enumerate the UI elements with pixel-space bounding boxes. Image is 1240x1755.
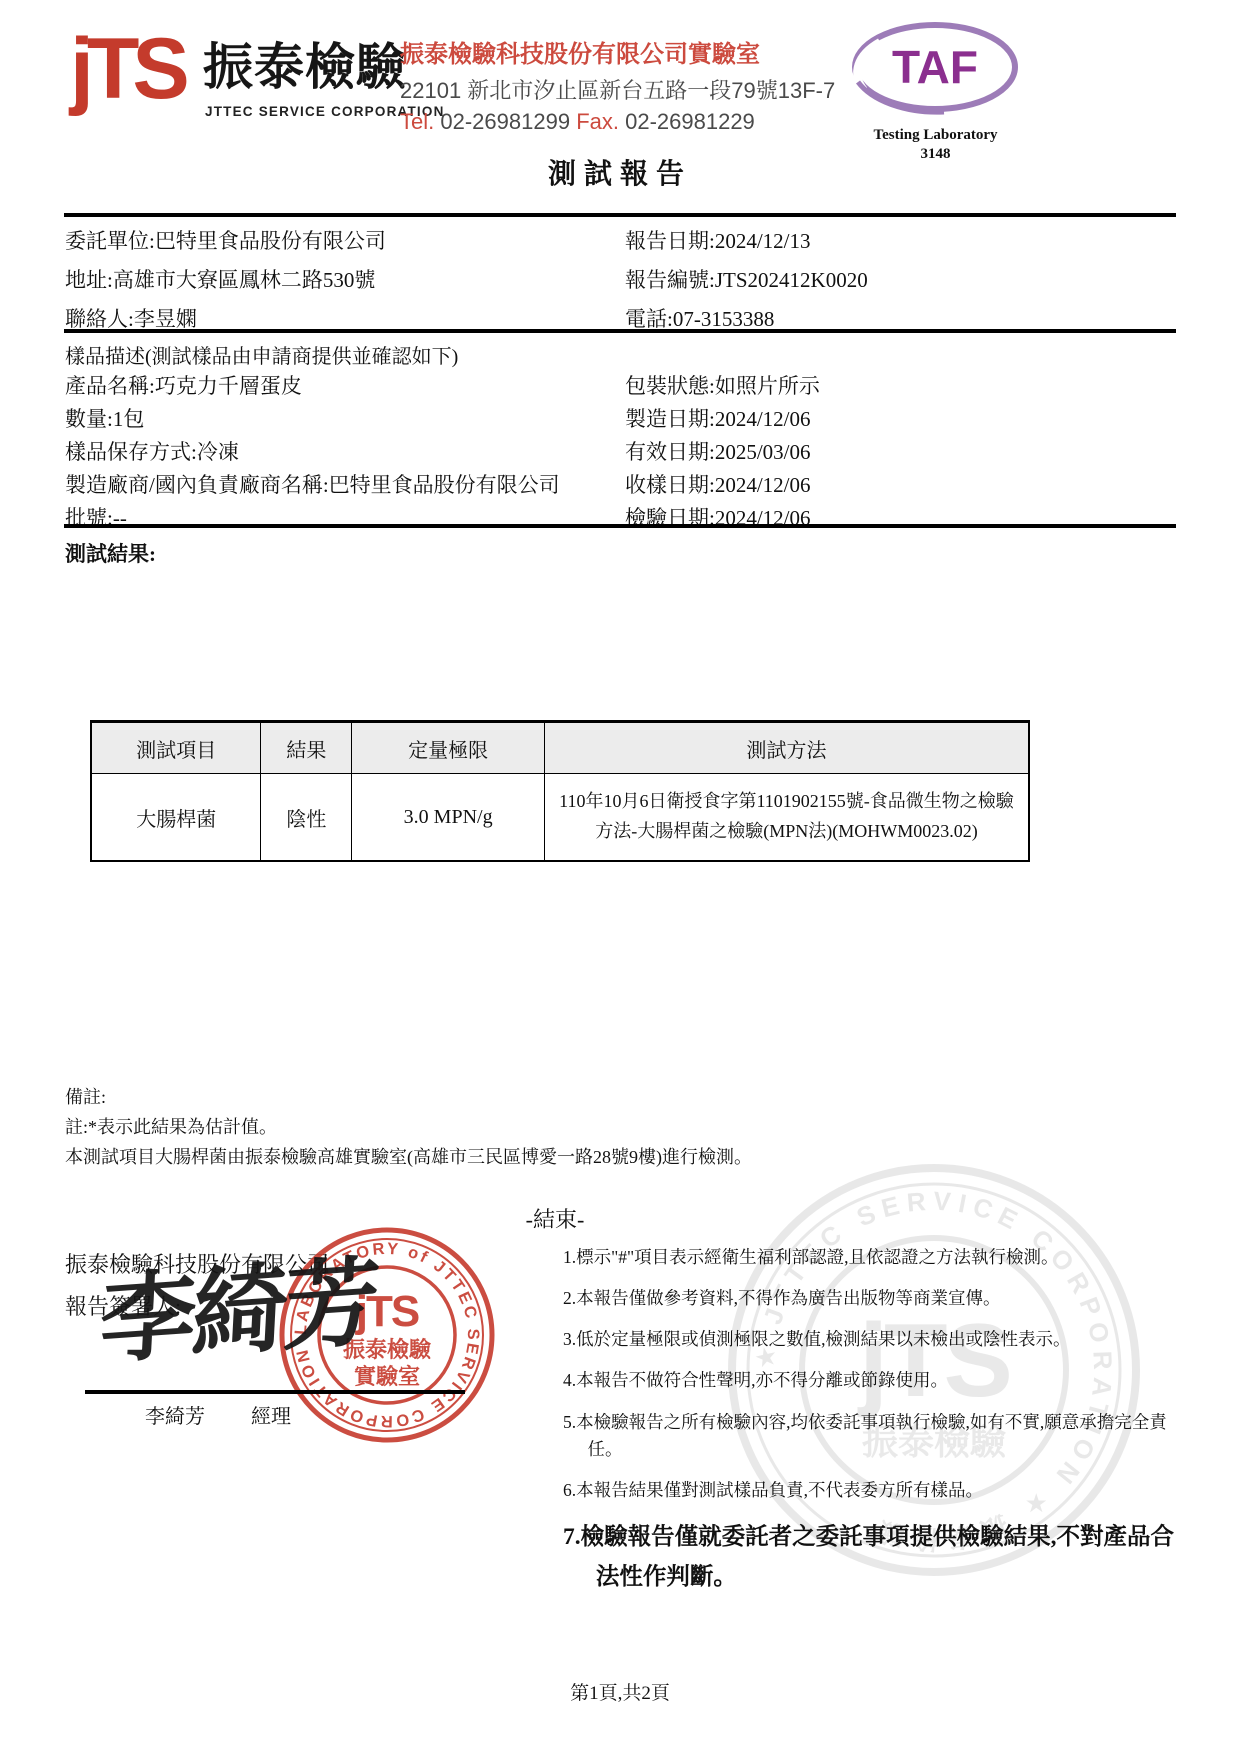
sample-row: 樣品保存方式:冷凍 bbox=[65, 436, 560, 469]
table-row: 大腸桿菌 陰性 3.0 MPN/g 110年10月6日衛授食字第11019021… bbox=[91, 774, 1029, 862]
disclaimer-item: 3.低於定量極限或偵測極限之數值,檢測結果以未檢出或陰性表示。 bbox=[563, 1326, 1181, 1353]
field-value: 李昱嫻 bbox=[134, 307, 197, 331]
client-row: 報告日期:2024/12/13 bbox=[625, 222, 868, 261]
page-title: 測試報告 bbox=[0, 152, 1240, 192]
field-label: 地址: bbox=[65, 268, 113, 292]
disclaimer-item-7: 7.檢驗報告僅就委託者之委託事項提供檢驗結果,不對產品合法性作判斷。 bbox=[563, 1518, 1181, 1598]
tel-number: 02-26981299 bbox=[440, 109, 570, 134]
column-header-loq: 定量極限 bbox=[352, 722, 545, 774]
field-value: 冷凍 bbox=[197, 440, 239, 464]
sample-row: 包裝狀態:如照片所示 bbox=[625, 370, 820, 403]
field-value: 巴特里食品股份有限公司 bbox=[155, 229, 386, 253]
field-value: 高雄市大寮區鳳林二路530號 bbox=[113, 268, 376, 292]
results-table: 測試項目 結果 定量極限 測試方法 大腸桿菌 陰性 3.0 MPN/g 110年… bbox=[90, 720, 1030, 862]
field-label: 包裝狀態: bbox=[625, 374, 715, 398]
client-row: 電話:07-3153388 bbox=[625, 300, 868, 339]
sample-info-right: 包裝狀態:如照片所示 製造日期:2024/12/06 有效日期:2025/03/… bbox=[625, 370, 820, 535]
field-value: 巧克力千層蛋皮 bbox=[155, 374, 302, 398]
field-label: 有效日期: bbox=[625, 440, 715, 464]
field-value: 2024/12/06 bbox=[715, 407, 811, 431]
sample-info-left: 產品名稱:巧克力千層蛋皮 數量:1包 樣品保存方式:冷凍 製造廠商/國內負責廠商… bbox=[65, 370, 560, 535]
cell-test-item: 大腸桿菌 bbox=[91, 774, 261, 862]
column-header-method: 測試方法 bbox=[544, 722, 1029, 774]
remarks-note: 註:*表示此結果為估計值。 bbox=[65, 1112, 752, 1142]
fax-label: Fax. bbox=[576, 109, 619, 134]
field-label: 製造廠商/國內負責廠商名稱: bbox=[65, 473, 329, 497]
disclaimer-item: 4.本報告不做符合性聲明,亦不得分離或節錄使用。 bbox=[563, 1367, 1181, 1394]
column-header-result: 結果 bbox=[261, 722, 352, 774]
client-row: 地址:高雄市大寮區鳳林二路530號 bbox=[65, 261, 386, 300]
disclaimer-item: 2.本報告僅做參考資料,不得作為廣告出版物等商業宣傳。 bbox=[563, 1285, 1181, 1312]
client-row: 聯絡人:李昱嫻 bbox=[65, 300, 386, 339]
field-label: 聯絡人: bbox=[65, 307, 134, 331]
logo-brand-text: 振泰檢驗 bbox=[203, 42, 407, 92]
column-header-item: 測試項目 bbox=[91, 722, 261, 774]
sample-row: 有效日期:2025/03/06 bbox=[625, 436, 820, 469]
field-label: 樣品保存方式: bbox=[65, 440, 197, 464]
field-value: 1包 bbox=[113, 407, 145, 431]
field-value: 如照片所示 bbox=[715, 374, 820, 398]
sample-row: 收樣日期:2024/12/06 bbox=[625, 469, 820, 502]
field-value: 2024/12/06 bbox=[715, 473, 811, 497]
field-value: 2024/12/13 bbox=[715, 229, 811, 253]
remarks-title: 備註: bbox=[65, 1082, 752, 1112]
cell-method: 110年10月6日衛授食字第1101902155號-食品微生物之檢驗方法-大腸桿… bbox=[544, 774, 1029, 862]
disclaimer-item: 6.本報告結果僅對測試樣品負責,不代表委方所有樣品。 bbox=[563, 1477, 1181, 1504]
sample-row: 數量:1包 bbox=[65, 403, 560, 436]
client-row: 報告編號:JTS202412K0020 bbox=[625, 261, 868, 300]
table-header-row: 測試項目 結果 定量極限 測試方法 bbox=[91, 722, 1029, 774]
divider bbox=[64, 329, 1176, 333]
sample-row: 檢驗日期:2024/12/06 bbox=[625, 502, 820, 535]
header-contact-block: 振泰檢驗科技股份有限公司實驗室 22101 新北市汐止區新台五路一段79號13F… bbox=[400, 40, 870, 135]
lab-phone-fax: Tel. 02-26981299 Fax. 02-26981229 bbox=[400, 109, 870, 135]
tel-label: Tel. bbox=[400, 109, 434, 134]
field-label: 委託單位: bbox=[65, 229, 155, 253]
client-info-left: 委託單位:巴特里食品股份有限公司 地址:高雄市大寮區鳳林二路530號 聯絡人:李… bbox=[65, 222, 386, 339]
taf-accreditation-block: TAF Testing Laboratory 3148 bbox=[848, 20, 1023, 163]
field-value: JTS202412K0020 bbox=[715, 268, 868, 292]
client-info-right: 報告日期:2024/12/13 報告編號:JTS202412K0020 電話:0… bbox=[625, 222, 868, 339]
divider bbox=[64, 524, 1176, 528]
disclaimer-list: 1.標示"#"項目表示經衛生福利部認證,且依認證之方法執行檢測。 2.本報告僅做… bbox=[563, 1244, 1181, 1612]
sample-description-heading: 樣品描述(測試樣品由申請商提供並確認如下) bbox=[65, 340, 458, 369]
lab-address: 22101 新北市汐止區新台五路一段79號13F-7 bbox=[400, 74, 870, 105]
field-label: 收樣日期: bbox=[625, 473, 715, 497]
client-row: 委託單位:巴特里食品股份有限公司 bbox=[65, 222, 386, 261]
disclaimer-item: 1.標示"#"項目表示經衛生福利部認證,且依認證之方法執行檢測。 bbox=[563, 1244, 1181, 1271]
sample-row: 產品名稱:巧克力千層蛋皮 bbox=[65, 370, 560, 403]
disclaimer-item: 5.本檢驗報告之所有檢驗內容,均依委託事項執行檢驗,如有不實,願意承擔完全責任。 bbox=[563, 1409, 1181, 1463]
field-value: 巴特里食品股份有限公司 bbox=[329, 473, 560, 497]
lab-name: 振泰檢驗科技股份有限公司實驗室 bbox=[400, 40, 870, 70]
divider bbox=[64, 213, 1176, 217]
results-heading: 測試結果: bbox=[65, 538, 156, 568]
field-label: 報告日期: bbox=[625, 229, 715, 253]
field-label: 產品名稱: bbox=[65, 374, 155, 398]
field-value: 07-3153388 bbox=[673, 307, 775, 331]
svg-text:實驗室: 實驗室 bbox=[354, 1364, 420, 1389]
cell-result: 陰性 bbox=[261, 774, 352, 862]
signer-name: 李綺芳 bbox=[145, 1406, 205, 1428]
svg-text:TAF: TAF bbox=[892, 41, 978, 93]
remarks-block: 備註: 註:*表示此結果為估計值。 本測試項目大腸桿菌由振泰檢驗高雄實驗室(高雄… bbox=[65, 1082, 752, 1172]
sample-row: 製造日期:2024/12/06 bbox=[625, 403, 820, 436]
field-label: 製造日期: bbox=[625, 407, 715, 431]
sample-row: 製造廠商/國內負責廠商名稱:巴特里食品股份有限公司 bbox=[65, 469, 560, 502]
field-label: 報告編號: bbox=[625, 268, 715, 292]
page-number: 第1頁,共2頁 bbox=[0, 1678, 1240, 1705]
jts-logo-icon: jTS bbox=[70, 26, 183, 112]
field-value: 2025/03/06 bbox=[715, 440, 811, 464]
field-label: 電話: bbox=[625, 307, 673, 331]
taf-caption: Testing Laboratory bbox=[848, 127, 1023, 144]
taf-logo-icon: TAF bbox=[848, 20, 1023, 120]
signer-title: 經理 bbox=[251, 1406, 291, 1428]
sample-row: 批號:-- bbox=[65, 502, 560, 535]
remarks-note: 本測試項目大腸桿菌由振泰檢驗高雄實驗室(高雄市三民區博愛一路28號9樓)進行檢測… bbox=[65, 1142, 752, 1172]
test-report-page: jTS 振泰檢驗 JTTEC SERVICE CORPORATION 振泰檢驗科… bbox=[0, 0, 1240, 1755]
cell-loq: 3.0 MPN/g bbox=[352, 774, 545, 862]
signature-line bbox=[85, 1390, 465, 1394]
field-label: 數量: bbox=[65, 407, 113, 431]
signer-name-title: 李綺芳經理 bbox=[145, 1400, 291, 1429]
fax-number: 02-26981229 bbox=[625, 109, 755, 134]
